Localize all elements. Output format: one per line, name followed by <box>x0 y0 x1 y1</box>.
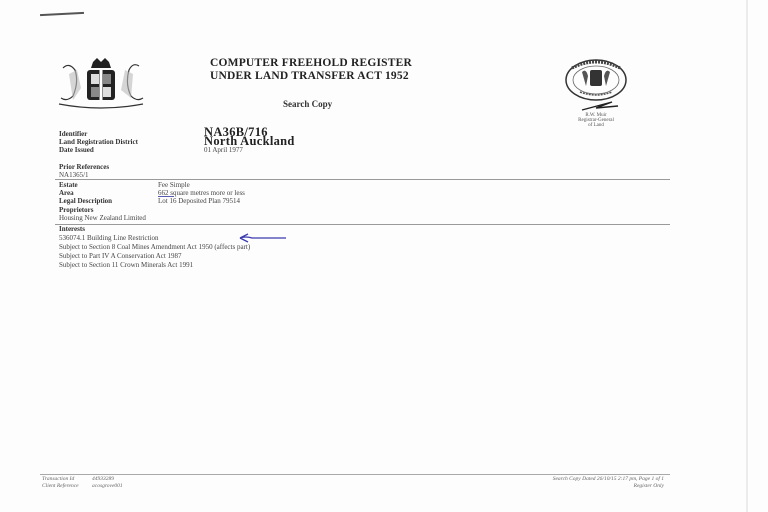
client-reference-label: Client Reference <box>42 483 79 489</box>
document-page: COMPUTER FREEHOLD REGISTER UNDER LAND TR… <box>0 0 768 512</box>
identifier-label: Identifier <box>59 130 87 138</box>
pen-mark <box>40 12 84 16</box>
interests-label: Interests <box>59 225 85 233</box>
coat-of-arms-icon <box>55 58 147 110</box>
date-issued-value: 01 April 1977 <box>204 146 243 154</box>
title-line-2: UNDER LAND TRANSFER ACT 1952 <box>210 70 412 83</box>
section-divider <box>55 224 670 225</box>
transaction-id-label: Transaction Id <box>42 476 74 482</box>
area-label: Area <box>59 189 74 197</box>
estate-label: Estate <box>59 181 78 189</box>
title-line-1: COMPUTER FREEHOLD REGISTER <box>210 57 412 70</box>
register-title: COMPUTER FREEHOLD REGISTER UNDER LAND TR… <box>210 57 412 83</box>
interest-item: Subject to Section 8 Coal Mines Amendmen… <box>59 243 250 251</box>
area-unit-text: square metres more or less <box>170 189 245 197</box>
date-issued-label: Date Issued <box>59 146 94 154</box>
estate-value: Fee Simple <box>158 181 190 189</box>
footer-divider <box>40 474 670 475</box>
prior-references-value: NA1365/1 <box>59 171 89 179</box>
interest-item: Subject to Part IV A Conservation Act 19… <box>59 252 182 260</box>
district-label: Land Registration District <box>59 138 138 146</box>
search-copy-label: Search Copy <box>283 99 332 109</box>
client-reference-value: acosgrove001 <box>92 483 123 489</box>
page-edge <box>746 0 748 512</box>
proprietors-value: Housing New Zealand Limited <box>59 214 146 222</box>
transaction-id-value: 44933289 <box>92 476 114 482</box>
register-only-note: Register Only <box>634 483 664 489</box>
interest-item: 536074.1 Building Line Restriction <box>59 234 159 242</box>
interest-item: Subject to Section 11 Crown Minerals Act… <box>59 261 193 269</box>
proprietors-label: Proprietors <box>59 206 93 214</box>
section-divider <box>55 179 670 180</box>
search-copy-dated: Search Copy Dated 26/10/15 2:17 pm, Page… <box>553 476 664 482</box>
prior-references-label: Prior References <box>59 163 109 171</box>
legal-description-label: Legal Description <box>59 197 112 205</box>
legal-description-value: Lot 16 Deposited Plan 79514 <box>158 197 240 205</box>
seal-caption-role-2: of Land <box>556 123 636 128</box>
seal-caption: R.W. Muir Registrar-General of Land <box>556 113 636 128</box>
